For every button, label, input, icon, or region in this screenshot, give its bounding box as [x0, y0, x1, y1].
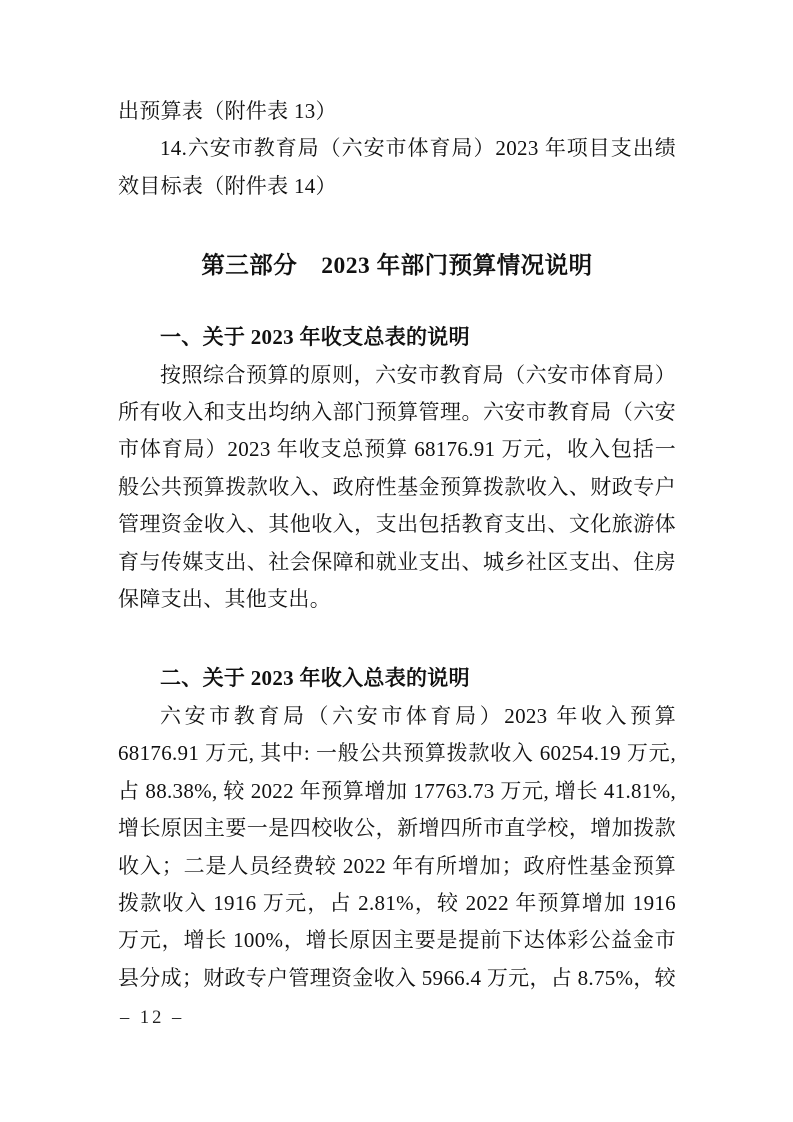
- section-1-heading: 一、关于 2023 年收支总表的说明: [118, 319, 676, 356]
- attachment-list-continuation-line: 出预算表（附件表 13）: [118, 93, 676, 130]
- section-2-paragraph: 六安市教育局（六安市体育局）2023 年收入预算 68176.91 万元, 其中…: [118, 698, 676, 997]
- page-number: – 12 –: [120, 1008, 184, 1029]
- document-page: 出预算表（附件表 13） 14.六安市教育局（六安市体育局）2023 年项目支出…: [0, 0, 793, 1122]
- page-content: 出预算表（附件表 13） 14.六安市教育局（六安市体育局）2023 年项目支出…: [118, 0, 676, 997]
- attachment-item-14: 14.六安市教育局（六安市体育局）2023 年项目支出绩效目标表（附件表 14）: [118, 130, 676, 205]
- part-three-heading: 第三部分 2023 年部门预算情况说明: [118, 242, 676, 290]
- section-2-heading: 二、关于 2023 年收入总表的说明: [118, 660, 676, 697]
- section-1-paragraph: 按照综合预算的原则，六安市教育局（六安市体育局）所有收入和支出均纳入部门预算管理…: [118, 357, 676, 619]
